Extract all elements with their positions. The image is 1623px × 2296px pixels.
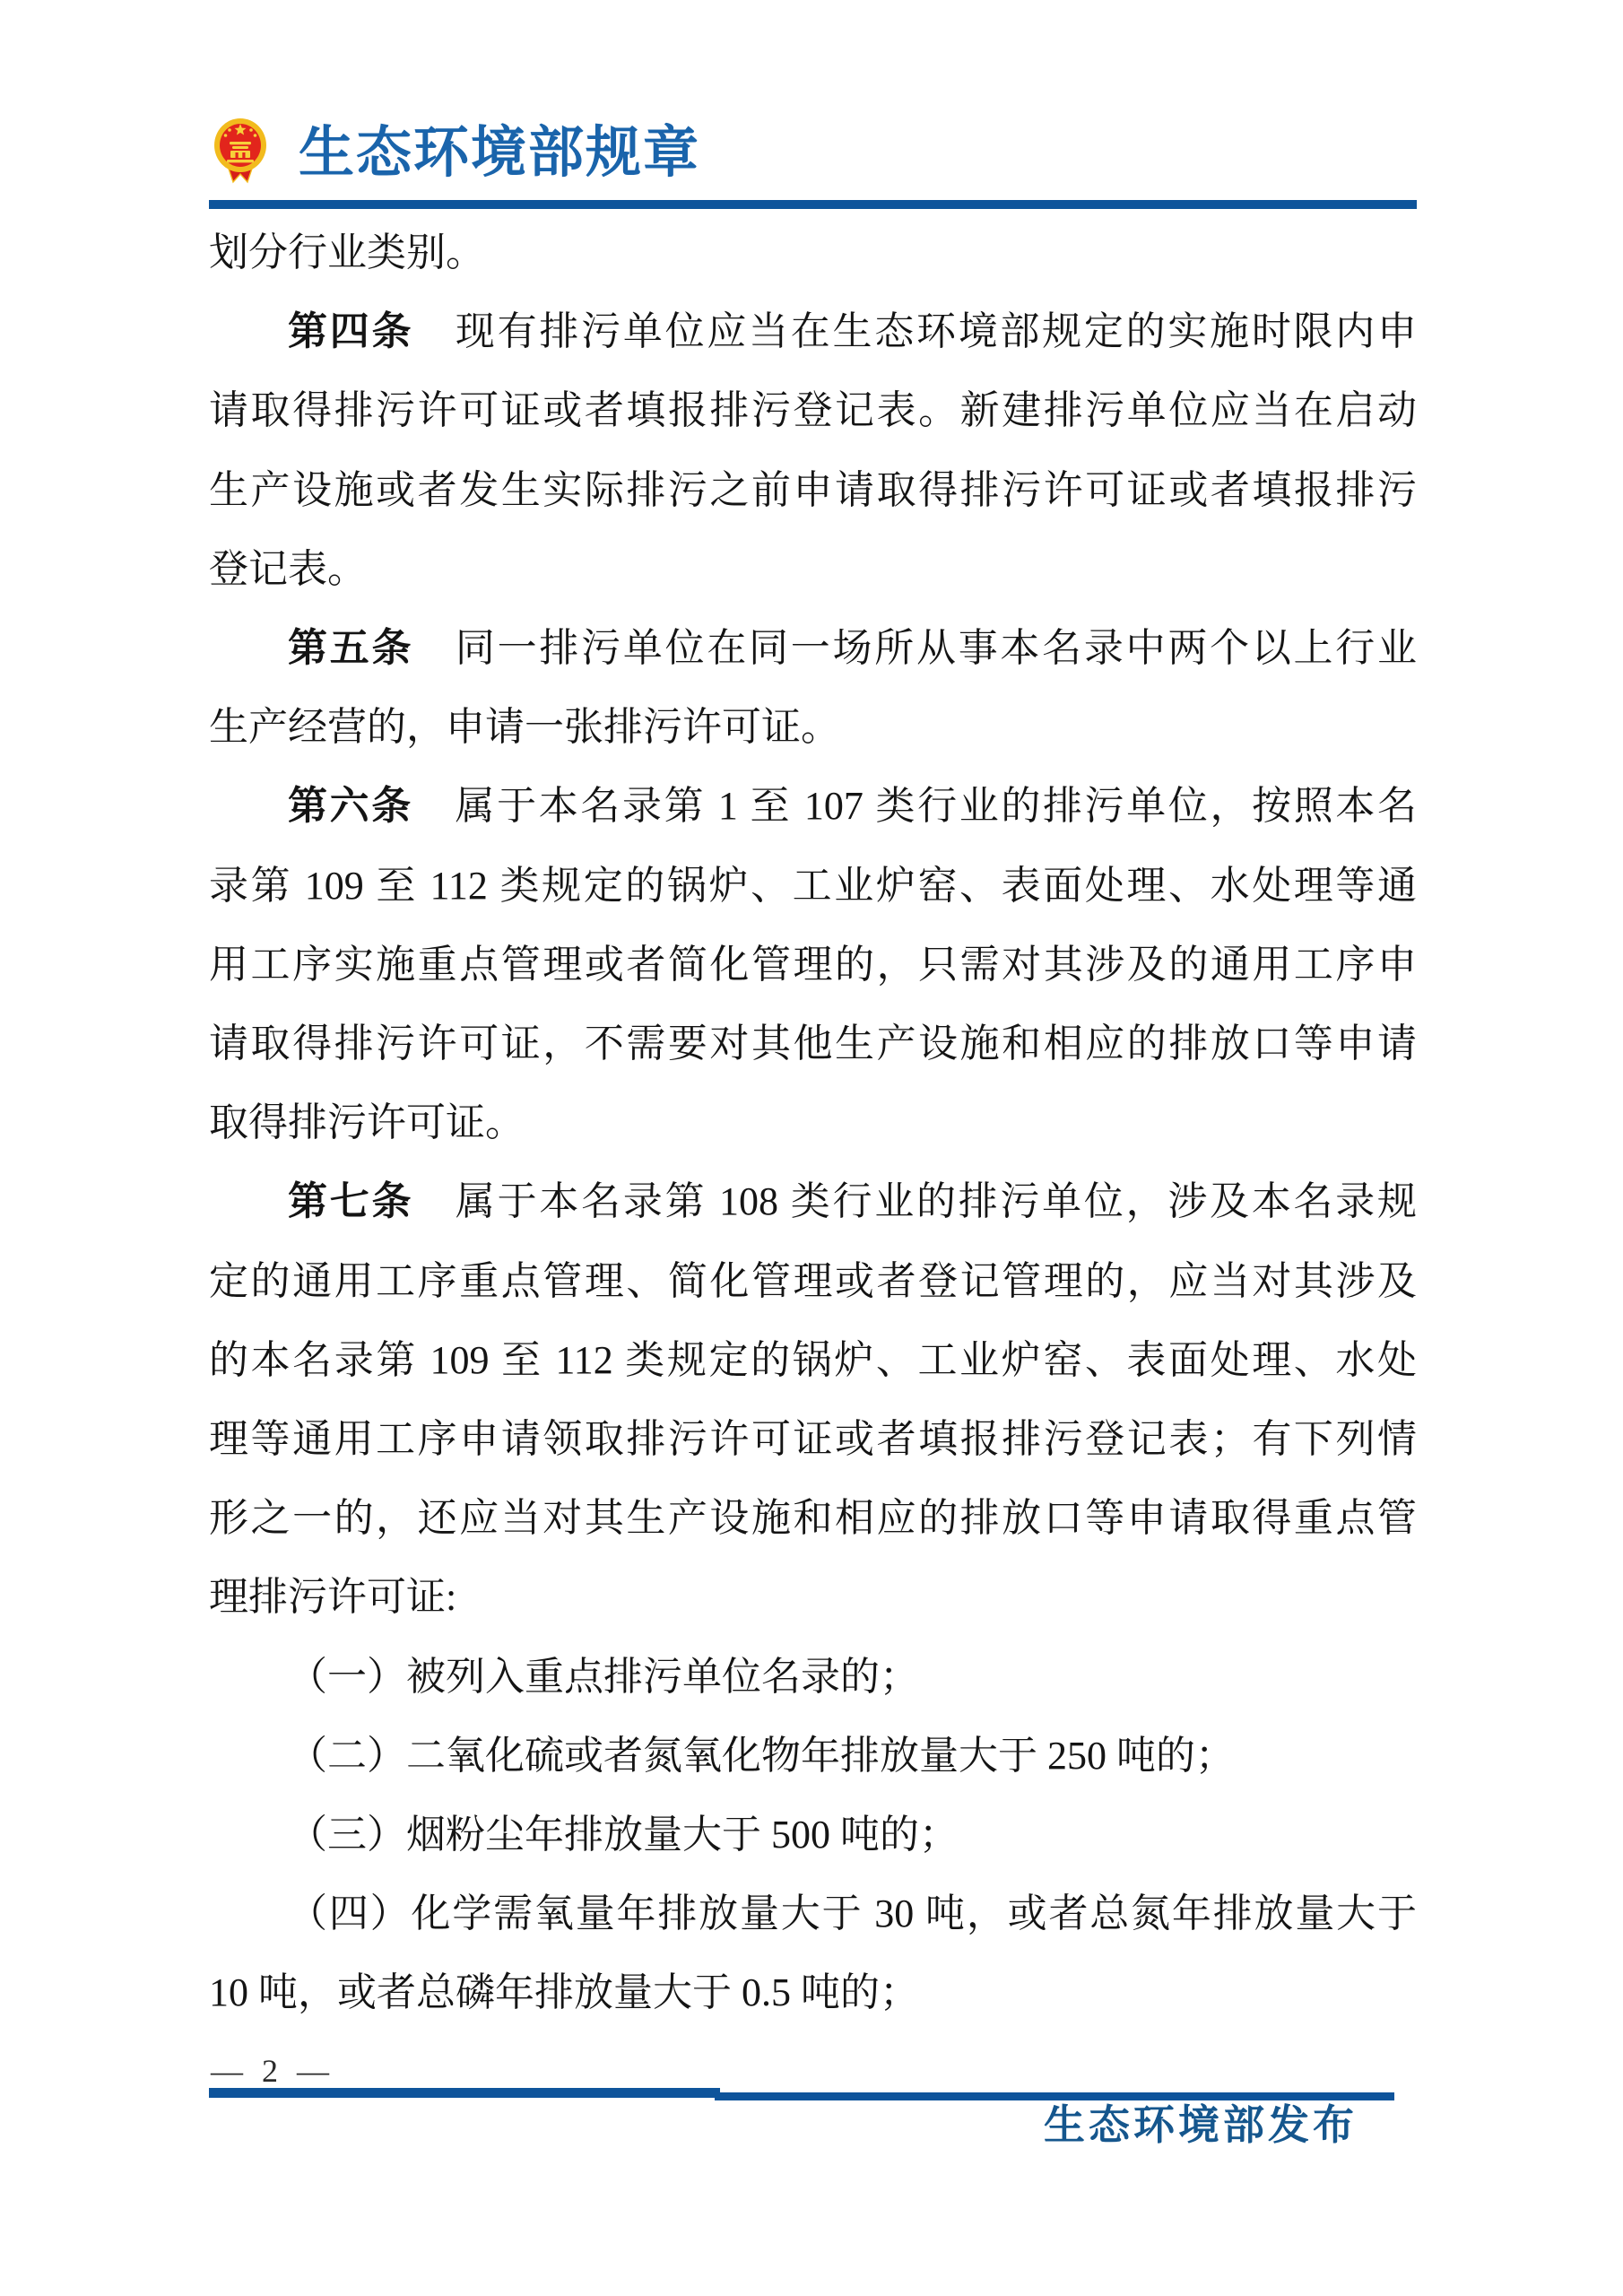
body-line: 生产设施或者发生实际排污之前申请取得排污许可证或者填报排污 <box>209 451 1417 530</box>
body-line-text: 同一排污单位在同一场所从事本名录中两个以上行业 <box>413 626 1417 670</box>
publisher-label: 生态环境部发布 <box>1044 2102 1358 2149</box>
footer-rule-left <box>209 2088 720 2098</box>
body-line: （三）烟粉尘年排放量大于 500 吨的； <box>209 1796 1417 1874</box>
footer-rule-right <box>715 2092 1394 2100</box>
article-number: 第四条 <box>288 309 413 353</box>
body-line: 请取得排污许可证，不需要对其他生产设施和相应的排放口等申请 <box>209 1004 1417 1083</box>
header-rule <box>209 200 1417 209</box>
body-line: 第四条 现有排污单位应当在生态环境部规定的实施时限内申 <box>209 292 1417 371</box>
body-line-text: （二）二氧化硫或者氮氧化物年排放量大于 250 吨的； <box>288 1734 1235 1778</box>
body-line-text: 的本名录第 109 至 112 类规定的锅炉、工业炉窑、表面处理、水处 <box>209 1338 1417 1382</box>
body-line-text: （四）化学需氧量年排放量大于 30 吨，或者总氮年排放量大于 <box>288 1892 1417 1935</box>
body-line-text: 形之一的，还应当对其生产设施和相应的排放口等申请取得重点管 <box>209 1496 1417 1540</box>
body-text: 划分行业类别。第四条 现有排污单位应当在生态环境部规定的实施时限内申请取得排污许… <box>209 213 1417 2033</box>
body-line: 10 吨，或者总磷年排放量大于 0.5 吨的； <box>209 1953 1417 2032</box>
body-line-text: 现有排污单位应当在生态环境部规定的实施时限内申 <box>413 309 1417 353</box>
body-line: 录第 109 至 112 类规定的锅炉、工业炉窑、表面处理、水处理等通 <box>209 847 1417 926</box>
body-line-text: 10 吨，或者总磷年排放量大于 0.5 吨的； <box>209 1970 919 2014</box>
body-line: （一）被列入重点排污单位名录的； <box>209 1638 1417 1717</box>
body-line-text: 用工序实施重点管理或者简化管理的，只需对其涉及的通用工序申 <box>209 943 1417 987</box>
body-line: 第七条 属于本名录第 108 类行业的排污单位，涉及本名录规 <box>209 1162 1417 1241</box>
body-line-text: 理等通用工序申请领取排污许可证或者填报排污登记表；有下列情 <box>209 1417 1417 1461</box>
body-line-text: 登记表。 <box>209 547 367 591</box>
body-line-text: 理排污许可证: <box>209 1575 456 1619</box>
body-line: （四）化学需氧量年排放量大于 30 吨，或者总氮年排放量大于 <box>209 1874 1417 1953</box>
body-line: （二）二氧化硫或者氮氧化物年排放量大于 250 吨的； <box>209 1717 1417 1796</box>
body-line-text: （三）烟粉尘年排放量大于 500 吨的； <box>288 1813 959 1857</box>
body-line: 的本名录第 109 至 112 类规定的锅炉、工业炉窑、表面处理、水处 <box>209 1321 1417 1400</box>
body-line: 生产经营的，申请一张排污许可证。 <box>209 688 1417 767</box>
page-number: — 2 — <box>211 2052 334 2090</box>
body-line-text: 属于本名录第 1 至 107 类行业的排污单位，按照本名 <box>413 784 1417 828</box>
body-line-text: 生产设施或者发生实际排污之前申请取得排污许可证或者填报排污 <box>209 468 1417 512</box>
body-line: 定的通用工序重点管理、简化管理或者登记管理的，应当对其涉及 <box>209 1242 1417 1321</box>
body-line-text: 请取得排污许可证，不需要对其他生产设施和相应的排放口等申请 <box>209 1022 1417 1065</box>
body-line: 请取得排污许可证或者填报排污登记表。新建排污单位应当在启动 <box>209 371 1417 450</box>
body-line-text: 请取得排污许可证或者填报排污登记表。新建排污单位应当在启动 <box>209 388 1417 432</box>
body-line-text: 划分行业类别。 <box>209 230 485 274</box>
body-line: 第六条 属于本名录第 1 至 107 类行业的排污单位，按照本名 <box>209 767 1417 846</box>
document-page: 生态环境部规章 划分行业类别。第四条 现有排污单位应当在生态环境部规定的实施时限… <box>0 0 1623 2296</box>
body-line-text: 生产经营的，申请一张排污许可证。 <box>209 705 840 749</box>
body-line: 形之一的，还应当对其生产设施和相应的排放口等申请取得重点管 <box>209 1479 1417 1558</box>
body-line-text: 属于本名录第 108 类行业的排污单位，涉及本名录规 <box>413 1179 1417 1223</box>
body-line-text: 录第 109 至 112 类规定的锅炉、工业炉窑、表面处理、水处理等通 <box>209 864 1417 908</box>
body-line: 取得排污许可证。 <box>209 1083 1417 1162</box>
body-line: 第五条 同一排污单位在同一场所从事本名录中两个以上行业 <box>209 609 1417 688</box>
body-line: 划分行业类别。 <box>209 213 1417 292</box>
article-number: 第六条 <box>288 784 413 828</box>
body-line: 用工序实施重点管理或者简化管理的，只需对其涉及的通用工序申 <box>209 926 1417 1004</box>
article-number: 第五条 <box>288 626 413 670</box>
prc-national-emblem-icon <box>213 117 268 184</box>
body-line: 理排污许可证: <box>209 1558 1417 1637</box>
body-line-text: 取得排污许可证。 <box>209 1100 525 1144</box>
body-line: 理等通用工序申请领取排污许可证或者填报排污登记表；有下列情 <box>209 1400 1417 1479</box>
body-line-text: （一）被列入重点排污单位名录的； <box>288 1655 919 1699</box>
body-line-text: 定的通用工序重点管理、简化管理或者登记管理的，应当对其涉及 <box>209 1259 1417 1303</box>
article-number: 第七条 <box>288 1179 413 1223</box>
page-title: 生态环境部规章 <box>299 124 700 183</box>
body-line: 登记表。 <box>209 530 1417 609</box>
